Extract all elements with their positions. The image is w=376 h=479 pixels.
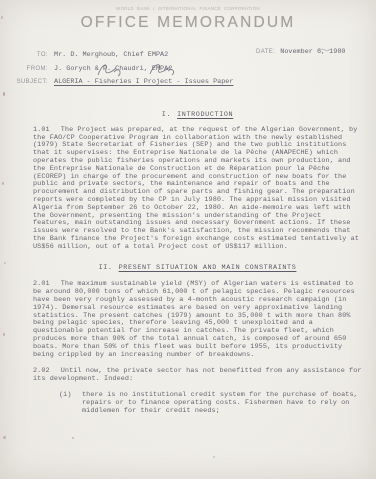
paragraph-text: The maximum sustainable yield (MSY) of A… [33,280,355,358]
paragraph-number: 2.02 [33,367,50,375]
section-number: II. [99,264,113,272]
org-line: WORLD BANK / INTERNATIONAL FINANCE CORPO… [53,7,324,11]
section-title: INTRODUCTION [177,111,233,119]
section-number: I. [162,111,171,119]
paragraph-number: 1.01 [33,126,50,134]
memo-page: WORLD BANK / INTERNATIONAL FINANCE CORPO… [0,0,376,479]
section-title: PRESENT SITUATION AND MAIN CONSTRAINTS [119,264,297,272]
scan-artifact [213,456,215,458]
paragraph-2-02: 2.02Until now, the private sector has no… [33,368,362,384]
section-heading-introduction: I.INTRODUCTION [33,112,362,120]
list-item-number: (i) [59,392,82,415]
to-value: Mr. D. Merghoub, Chief EMPA2 [54,51,168,59]
from-value: J. Gorych & P. Chaudri, EMPA2 [54,65,172,73]
to-label: TO: [12,52,48,58]
list-item-text: there is no institutional credit system … [82,392,362,415]
from-row: FROM:J. Gorych & P. Chaudri, EMPA2 [12,65,342,73]
section-heading-present-situation: II.PRESENT SITUATION AND MAIN CONSTRAINT… [33,265,362,273]
paragraph-text: The Project was prepared, at the request… [33,126,359,251]
paragraph-text: Until now, the private sector has not be… [33,367,362,383]
paragraph-number: 2.01 [33,280,50,288]
scan-artifact [72,437,74,439]
scan-artifact [3,436,6,439]
scan-artifact [3,92,5,96]
memo-header-fields: TO:Mr. D. Merghoub, Chief EMPA2 FROM:J. … [12,51,342,92]
scan-artifact [2,182,4,185]
subject-label: SUBJECT: [12,79,48,85]
list-item-i: (i)there is no institutional credit syst… [33,392,362,415]
from-label: FROM: [12,66,48,72]
page-title: OFFICE MEMORANDUM [0,14,376,32]
scan-artifact [4,262,6,264]
to-row: TO:Mr. D. Merghoub, Chief EMPA2 [12,51,342,59]
paragraph-1-01: 1.01The Project was prepared, at the req… [33,127,362,252]
scan-artifact [3,333,5,336]
subject-row: SUBJECT:ALGERIA - Fisheries I Project - … [12,78,342,86]
subject-value: ALGERIA - Fisheries I Project - Issues P… [54,78,233,86]
paragraph-2-01: 2.01The maximum sustainable yield (MSY) … [33,281,362,359]
scan-artifact [1,16,3,19]
memo-body: I.INTRODUCTION 1.01The Project was prepa… [33,112,362,415]
